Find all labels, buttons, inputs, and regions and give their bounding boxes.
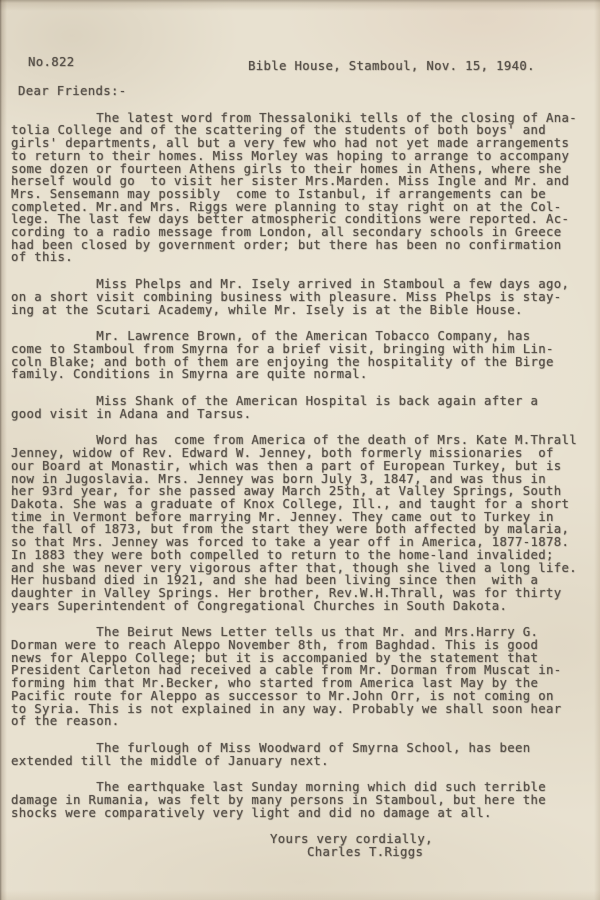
paragraph-anatolia-college: The latest word from Thessaloniki tells …: [11, 112, 592, 264]
paragraph-lawrence-brown: Mr. Lawrence Brown, of the American Toba…: [11, 330, 592, 381]
paragraph-phelps-isely: Miss Phelps and Mr. Isely arrived in Sta…: [11, 278, 592, 316]
paragraph-jenney-obituary: Word has come from America of the death …: [11, 434, 592, 612]
signature: Charles T.Riggs: [307, 846, 592, 859]
letter-header: No.822 Bible House, Stamboul, Nov. 15, 1…: [11, 56, 592, 69]
document-number: No.822: [28, 56, 75, 69]
paragraph-miss-shank: Miss Shank of the American Hospital is b…: [11, 395, 592, 420]
closing-block: Yours very cordially, Charles T.Riggs: [11, 833, 592, 858]
paragraph-woodward-furlough: The furlough of Miss Woodward of Smyrna …: [11, 742, 592, 767]
paragraph-earthquake: The earthquake last Sunday morning which…: [11, 781, 592, 819]
letter-body: The latest word from Thessaloniki tells …: [11, 112, 592, 820]
letter-page: No.822 Bible House, Stamboul, Nov. 15, 1…: [0, 0, 600, 900]
dateline: Bible House, Stamboul, Nov. 15, 1940.: [248, 60, 535, 73]
salutation: Dear Friends:-: [18, 85, 592, 98]
paragraph-beirut-news-letter: The Beirut News Letter tells us that Mr.…: [11, 626, 592, 728]
